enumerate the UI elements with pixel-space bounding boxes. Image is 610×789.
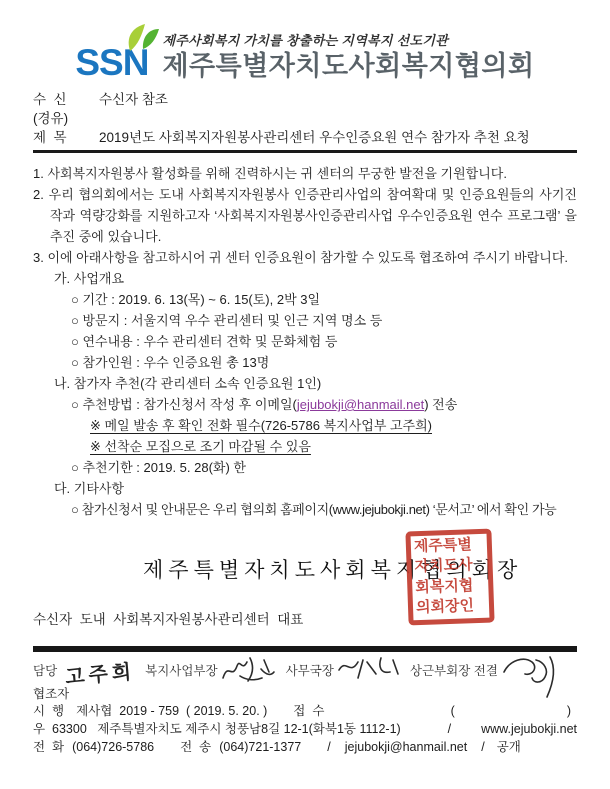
letterhead: SSN 제주사회복지 가치를 창출하는 지역복지 선도기관 제주특별자치도사회복… — [0, 0, 610, 80]
secretary-label: 사무국장 — [286, 656, 334, 686]
recommend-method-suffix: ) 전송 — [424, 397, 457, 412]
item-program: ○ 연수내용 : 우수 관리센터 견학 및 문화체험 등 — [33, 331, 577, 352]
item-period: ○ 기간 : 2019. 6. 13(목) ~ 6. 15(토), 2박 3일 — [33, 289, 577, 310]
body-paragraph-1: 1. 사회복지자원봉사 활성화를 위해 진력하시는 귀 센터의 무궁한 발전을 … — [33, 163, 577, 184]
org-name: 제주특별자치도사회복지협의회 — [162, 52, 534, 80]
separator-slash: / — [481, 738, 484, 756]
manager-signature-name: 고주희 — [64, 655, 136, 690]
manager-label: 담당 — [33, 656, 57, 686]
footer-divider-bar — [33, 646, 577, 652]
via-line: (경유) — [33, 109, 68, 128]
recipient-value: 수신자 참조 — [99, 90, 168, 109]
section-ga-title: 가. 사업개요 — [33, 268, 577, 289]
receipt-paren-close: ) — [567, 702, 571, 720]
postal-address: 우 63300 제주특별자치도 제주시 청풍남8길 12-1(화북1동 1112… — [33, 720, 401, 738]
dept-head-label: 복지사업부장 — [145, 656, 217, 686]
body-paragraph-3: 3. 이에 아래사항을 참고하시어 귀 센터 인증요원이 참가할 수 있도록 협… — [33, 247, 577, 268]
receipt-blank-gap — [455, 702, 567, 720]
tel-label: 전 화 — [33, 738, 64, 756]
tel-number: (064)726-5786 — [72, 738, 154, 756]
org-tagline: 제주사회복지 가치를 창출하는 지역복지 선도기관 — [162, 30, 534, 49]
item-homepage-info: ○ 참가신청서 및 안내문은 우리 협의회 홈페이지(www.jejubokji… — [33, 499, 577, 520]
address-row: 우 63300 제주특별자치도 제주시 청풍남8길 12-1(화북1동 1112… — [33, 720, 577, 738]
contact-row: 전 화 (064)726-5786 전 송 (064)721-1377 / je… — [33, 738, 577, 756]
contact-email: jejubokji@hanmail.net — [345, 738, 467, 756]
secretary-signature — [336, 654, 402, 682]
fax-label: 전 송 — [180, 738, 211, 756]
official-seal: 제주특별 자치도사 회복지협 의회장인 — [405, 529, 494, 626]
document-body: 1. 사회복지자원봉사 활성화를 위해 진력하시는 귀 센터의 무궁한 발전을 … — [33, 163, 577, 520]
leaf-icon — [118, 22, 160, 52]
official-document-page: SSN 제주사회복지 가치를 창출하는 지역복지 선도기관 제주특별자치도사회복… — [0, 0, 610, 789]
seal-row: 자치도사 — [414, 558, 484, 575]
item-participants: ○ 참가인원 : 우수 인증요원 총 13명 — [33, 352, 577, 373]
disclosure-label: 공개 — [497, 738, 521, 756]
document-footer: 담당 고주희 복지사업부장 사무국장 상근부회장 전결 — [33, 646, 577, 756]
recommend-method-prefix: ○ 추천방법 : 참가신청서 작성 후 이메일( — [71, 397, 297, 412]
separator-slash: / — [448, 720, 451, 738]
dispatch-row: 시 행 제사협 2019 - 759 ( 2019. 5. 20. ) 접 수 … — [33, 702, 577, 720]
note-call-required: ※ 메일 발송 후 확인 전화 필수(726-5786 복지사업부 고주희) — [33, 415, 577, 436]
dispatch-label: 시 행 — [33, 702, 64, 720]
fax-number: (064)721-1377 — [219, 738, 301, 756]
ssn-logo: SSN — [75, 46, 150, 80]
seal-row: 의회장인 — [416, 599, 486, 616]
title-underline — [33, 150, 577, 153]
recipient-label: 수 신 — [33, 90, 99, 109]
item-deadline: ○ 추천기한 : 2019. 5. 28(화) 한 — [33, 457, 577, 478]
website-url: www.jejubokji.net — [481, 720, 577, 738]
cooperator-line: 협조자 — [33, 686, 577, 702]
body-paragraph-2: 2. 우리 협의회에서는 도내 사회복지자원봉사 인증관리사업의 참여확대 및 … — [33, 184, 577, 247]
item-destination: ○ 방문지 : 서울지역 우수 관리센터 및 인근 지역 명소 등 — [33, 310, 577, 331]
receipt-label: 접 수 — [293, 702, 324, 720]
dispatch-number: 제사협 2019 - 759 ( 2019. 5. 20. ) — [76, 702, 267, 720]
subject-label: 제 목 — [33, 128, 99, 147]
section-da-title: 다. 기타사항 — [33, 478, 577, 499]
seal-row: 제주특별 — [414, 538, 484, 555]
separator-slash: / — [327, 738, 330, 756]
vice-chair-label: 상근부회장 전결 — [410, 656, 498, 686]
item-recommend-method: ○ 추천방법 : 참가신청서 작성 후 이메일(jejubokji@hanmai… — [33, 394, 577, 415]
subject-value: 2019년도 사회복지자원봉사관리센터 우수인증요원 연수 참가자 추천 요청 — [99, 128, 530, 147]
email-link[interactable]: jejubokji@hanmail.net — [297, 397, 424, 412]
closing-block: 제주특별자치도사회복지협의회장 제주특별 자치도사 회복지협 의회장인 — [33, 538, 577, 600]
receipt-blank: ( ) — [451, 702, 571, 720]
document-meta: 수 신 수신자 참조 (경유) 제 목 2019년도 사회복지자원봉사관리센터 … — [33, 90, 577, 147]
dept-head-signature — [220, 654, 278, 688]
addressee-line: 수신자 도내 사회복지자원봉사관리센터 대표 — [33, 608, 577, 628]
approval-row: 담당 고주희 복지사업부장 사무국장 상근부회장 전결 — [33, 656, 577, 686]
note-first-come: ※ 선착순 모집으로 조기 마감될 수 있음 — [33, 436, 577, 457]
section-na-title: 나. 참가자 추천(각 관리센터 소속 인증요원 1인) — [33, 373, 577, 394]
vice-chair-signature — [500, 654, 560, 700]
seal-row: 회복지협 — [415, 578, 485, 595]
